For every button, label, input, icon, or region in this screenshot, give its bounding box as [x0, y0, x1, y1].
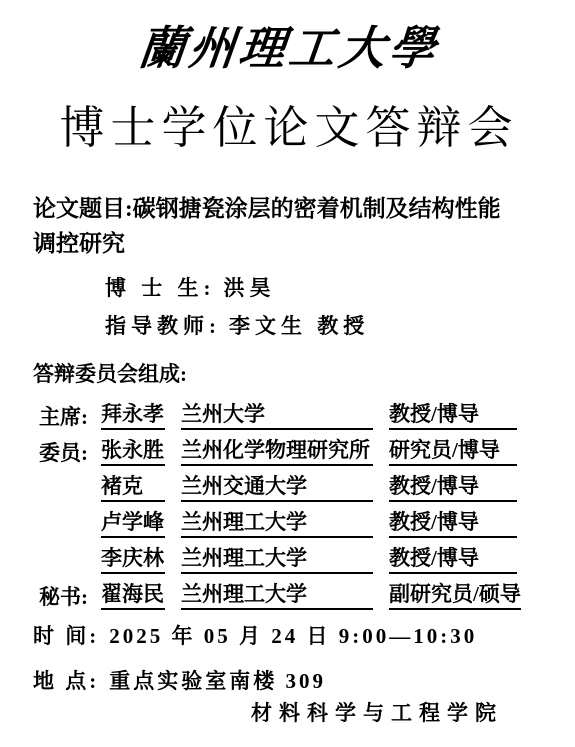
location-line: 地 点:重点实验室南楼 309	[33, 666, 545, 696]
committee-member-title: 教授/博导	[389, 546, 517, 574]
committee-row-member: 李庆林兰州理工大学教授/博导	[33, 546, 545, 573]
committee-member-affiliation: 兰州化学物理研究所	[181, 438, 373, 466]
committee-row-chair: 主席:拜永孝兰州大学教授/博导	[33, 402, 545, 429]
committee-role: 秘书:	[39, 585, 101, 610]
advisor-line: 指导教师:李文生 教授	[105, 311, 545, 341]
doctoral-student-line: 博 士 生:洪昊	[105, 273, 545, 303]
time-label: 时 间:	[33, 624, 99, 648]
committee-member-name: 拜永孝	[101, 402, 165, 430]
thesis-title-line2: 调控研究	[33, 226, 545, 261]
time-line: 时 间:2025 年 05 月 24 日 9:00—10:30	[33, 621, 545, 651]
advisor-name: 李文生 教授	[229, 314, 369, 338]
student-label: 博 士 生:	[105, 276, 216, 300]
committee-row-member: 委员:张永胜兰州化学物理研究所研究员/博导	[33, 438, 545, 465]
committee-list: 主席:拜永孝兰州大学教授/博导 委员:张永胜兰州化学物理研究所研究员/博导 褚克…	[33, 402, 545, 609]
committee-role: 委员:	[39, 441, 101, 466]
department-signature: 材料科学与工程学院	[33, 698, 545, 728]
defense-announcement-page: 蘭州理工大學 博士学位论文答辩会 论文题目:碳钢搪瓷涂层的密着机制及结构性能 调…	[0, 0, 575, 747]
committee-member-affiliation: 兰州理工大学	[181, 546, 373, 574]
committee-member-name: 翟海民	[101, 582, 165, 610]
committee-row-secretary: 秘书:翟海民兰州理工大学副研究员/硕导	[33, 582, 545, 609]
committee-member-affiliation: 兰州理工大学	[181, 510, 373, 538]
student-name: 洪昊	[224, 276, 276, 300]
time-value: 2025 年 05 月 24 日 9:00—10:30	[109, 624, 477, 648]
committee-member-affiliation: 兰州理工大学	[181, 582, 373, 610]
committee-member-title: 副研究员/硕导	[389, 582, 521, 610]
committee-member-name: 褚克	[101, 474, 165, 502]
committee-row-member: 褚克兰州交通大学教授/博导	[33, 474, 545, 501]
location-label: 地 点:	[33, 669, 99, 693]
committee-member-name: 张永胜	[101, 438, 165, 466]
university-logo-calligraphy: 蘭州理工大學	[30, 18, 549, 80]
committee-member-affiliation: 兰州大学	[181, 402, 373, 430]
committee-row-member: 卢学峰兰州理工大学教授/博导	[33, 510, 545, 537]
committee-member-title: 教授/博导	[389, 510, 517, 538]
location-value: 重点实验室南楼 309	[109, 669, 326, 693]
committee-member-name: 卢学峰	[101, 510, 165, 538]
committee-member-title: 教授/博导	[389, 402, 517, 430]
committee-member-title: 教授/博导	[389, 474, 517, 502]
page-title: 博士学位论文答辩会	[33, 102, 545, 154]
committee-member-name: 李庆林	[101, 546, 165, 574]
committee-heading: 答辩委员会组成:	[33, 359, 545, 389]
committee-role: 主席:	[39, 405, 101, 430]
advisor-label: 指导教师:	[105, 314, 221, 338]
thesis-title: 论文题目:碳钢搪瓷涂层的密着机制及结构性能 调控研究	[33, 191, 545, 261]
committee-member-title: 研究员/博导	[389, 438, 517, 466]
thesis-title-line1: 论文题目:碳钢搪瓷涂层的密着机制及结构性能	[33, 191, 545, 226]
committee-member-affiliation: 兰州交通大学	[181, 474, 373, 502]
